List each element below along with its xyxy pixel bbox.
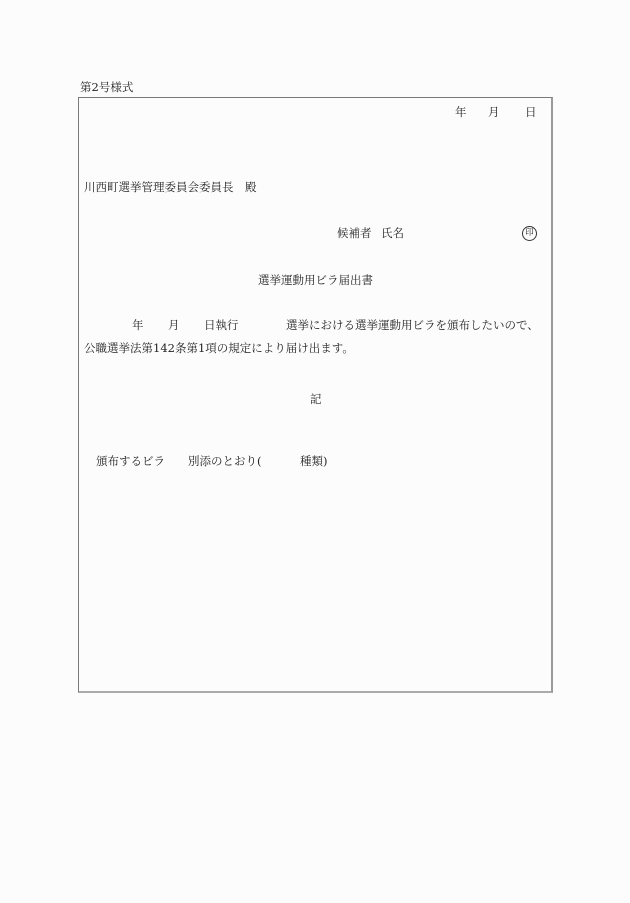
form-number: 第2号様式 bbox=[80, 82, 133, 94]
date-day: 日 bbox=[525, 107, 537, 119]
date-year: 年 bbox=[455, 107, 467, 119]
body-line-2: 公職選挙法第142条第1項の規定により届け出ます。 bbox=[84, 343, 354, 355]
candidate-name-label: 氏名 bbox=[381, 228, 404, 240]
candidate-label: 候補者 bbox=[337, 228, 372, 240]
body-month: 月 bbox=[168, 320, 180, 332]
date-month: 月 bbox=[488, 107, 500, 119]
body-year: 年 bbox=[132, 320, 144, 332]
item-kinds: 種類) bbox=[300, 456, 328, 468]
body-day-execution: 日執行 bbox=[204, 320, 239, 332]
body-text: 選挙における選挙運動用ビラを頒布したいので、 bbox=[286, 320, 539, 332]
document-title: 選挙運動用ビラ届出書 bbox=[258, 275, 373, 287]
addressee: 川西町選挙管理委員会委員長 殿 bbox=[84, 182, 257, 194]
seal-icon: 印 bbox=[522, 226, 537, 241]
item-value: 別添のとおり( bbox=[188, 456, 262, 468]
ki-heading: 記 bbox=[310, 394, 322, 406]
item-label: 頒布するビラ bbox=[96, 456, 165, 468]
